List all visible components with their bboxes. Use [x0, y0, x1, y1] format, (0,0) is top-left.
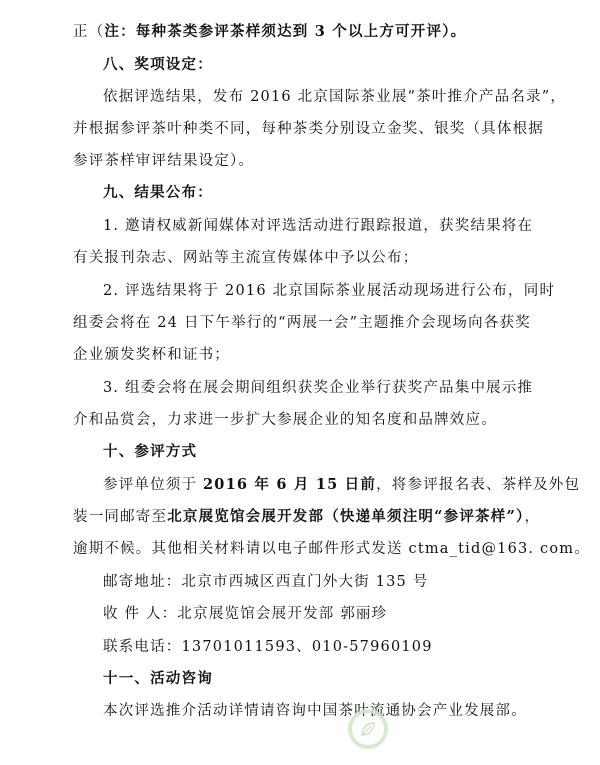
section-10-line-1: 参评单位须于 2016 年 6 月 15 日前，将参评报名表、茶样及外包 — [103, 475, 580, 495]
section-9-item-2-cont: 组委会将在 24 日下午举行的“两展一会”主题推介会现场向各获奖 — [73, 313, 531, 333]
recipient: 收 件 人：北京展览馆会展开发部 郭丽珍 — [103, 604, 387, 624]
leaf-seal-icon — [348, 709, 388, 749]
section-8-line: 并根据参评茶叶种类不同，每种茶类分别设立金奖、银奖（具体根据 — [73, 119, 544, 139]
section-11-heading: 十一、活动咨询 — [103, 669, 213, 689]
intro-prefix: 正（ — [73, 24, 104, 40]
intro-note: 正（注：每种茶类参评茶样须达到 3 个以上方可开评）。 — [73, 22, 466, 42]
contact-phone: 联系电话：13701011593、010-57960109 — [103, 637, 433, 657]
section-10-line-3: 逾期不候。其他相关材料请以电子邮件形式发送 ctma_tid@163. com。 — [73, 539, 590, 559]
section-9-item-2-cont: 企业颁发奖杯和证书； — [73, 345, 230, 365]
section-11-line: 本次评选推介活动详情请咨询中国茶叶流通协会产业发展部。 — [103, 701, 527, 721]
mailing-address: 邮寄地址：北京市西城区西直门外大街 135 号 — [103, 572, 429, 592]
deadline-post: ，将参评报名表、茶样及外包 — [376, 477, 580, 493]
deadline-pre: 参评单位须于 — [103, 477, 203, 493]
section-9-item-3-cont: 介和品赏会，力求进一步扩大参展企业的知名度和品牌效应。 — [73, 410, 497, 430]
intro-note-bold: 注：每种茶类参评茶样须达到 3 个以上方可开评）。 — [104, 23, 466, 40]
section-8-heading: 八、奖项设定： — [103, 55, 213, 75]
section-9-item-2: 2. 评选结果将于 2016 北京国际茶业展活动现场进行公布，同时 — [103, 281, 555, 301]
section-10-heading: 十、参评方式 — [103, 442, 197, 462]
section-8-line: 依据评选结果，发布 2016 北京国际茶业展“茶叶推介产品名录”， — [103, 87, 566, 107]
mail-post: ， — [524, 509, 540, 525]
section-9-item-1-cont: 有关报刊杂志、网站等主流宣传媒体中予以公布； — [73, 248, 418, 268]
mail-destination: 北京展览馆会展开发部（快递单须注明“参评茶样”） — [167, 508, 524, 525]
deadline-date: 2016 年 6 月 15 日前 — [203, 476, 376, 493]
section-9-item-1: 1. 邀请权威新闻媒体对评选活动进行跟踪报道，获奖结果将在 — [103, 216, 533, 236]
section-9-heading: 九、结果公布： — [103, 183, 213, 203]
section-10-line-2: 装一同邮寄至北京展览馆会展开发部（快递单须注明“参评茶样”）， — [73, 507, 540, 527]
section-9-item-3: 3. 组委会将在展会期间组织获奖企业举行获奖产品集中展示推 — [103, 378, 533, 398]
section-8-line: 参评茶样审评结果设定）。 — [73, 151, 254, 171]
mail-pre: 装一同邮寄至 — [73, 509, 167, 525]
